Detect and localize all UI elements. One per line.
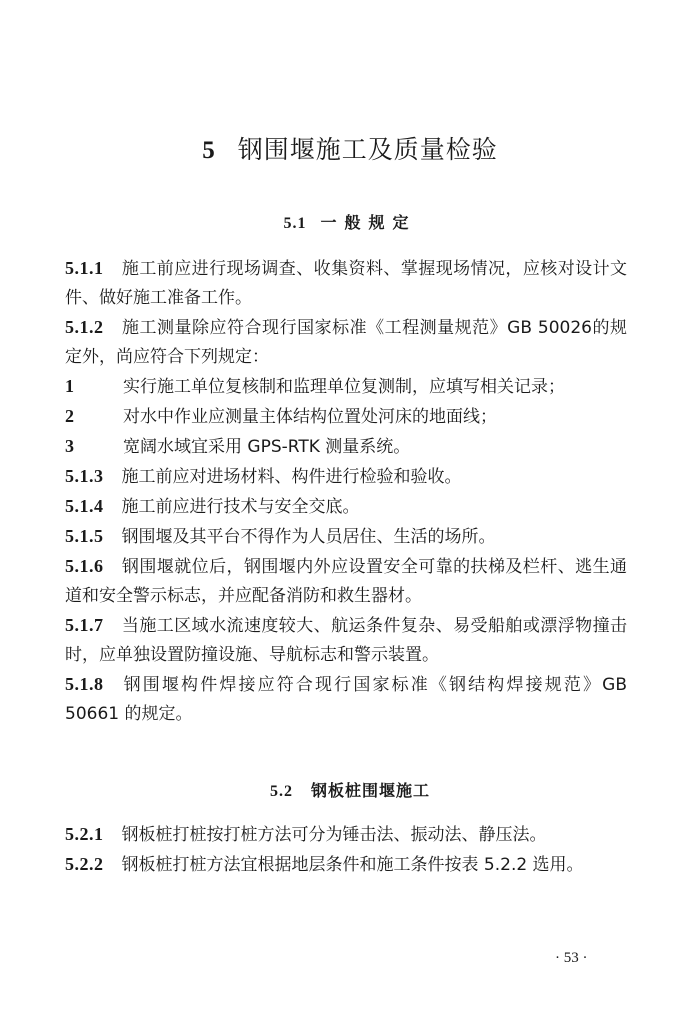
clause-number: 5.1.8 xyxy=(65,674,104,694)
clause-5-1-4: 5.1.4施工前应进行技术与安全交底。 xyxy=(65,492,627,522)
clause-number: 5.1.5 xyxy=(65,526,104,546)
clause-number: 5.1.7 xyxy=(65,615,104,635)
clause-text: 施工前应进行技术与安全交底。 xyxy=(122,497,360,517)
list-item-3: 3宽阔水域宜采用 GPS-RTK 测量系统。 xyxy=(65,432,627,462)
clause-5-1-5: 5.1.5钢围堰及其平台不得作为人员居住、生活的场所。 xyxy=(65,522,627,552)
clause-text: 施工前应进行现场调查、收集资料、掌握现场情况，应核对设计文件、做好施工准备工作。 xyxy=(65,259,627,308)
section-title-text: 一般规定 xyxy=(320,213,416,232)
item-text: 实行施工单位复核制和监理单位复测制，应填写相关记录； xyxy=(123,377,565,397)
section-5-1-body: 5.1.1施工前应进行现场调查、收集资料、掌握现场情况，应核对设计文件、做好施工… xyxy=(65,254,627,729)
clause-text: 钢围堰及其平台不得作为人员居住、生活的场所。 xyxy=(122,527,496,547)
section-title-5-2: 5.2钢板桩围堰施工 xyxy=(0,778,700,801)
section-title-text: 钢板桩围堰施工 xyxy=(311,781,430,800)
page-number: · 53 · xyxy=(555,950,588,967)
item-number: 2 xyxy=(65,402,107,431)
clause-number: 5.1.4 xyxy=(65,496,104,516)
clause-5-1-7: 5.1.7当施工区域水流速度较大、航运条件复杂、易受船舶或漂浮物撞击时，应单独设… xyxy=(65,611,627,670)
clause-text: 钢板桩打桩方法宜根据地层条件和施工条件按表 5.2.2 选用。 xyxy=(122,855,584,875)
clause-number: 5.1.6 xyxy=(65,556,104,576)
clause-number: 5.2.2 xyxy=(65,854,104,874)
clause-text: 钢围堰构件焊接应符合现行国家标准《钢结构焊接规范》GB 50661 的规定。 xyxy=(65,675,627,724)
chapter-title: 5钢围堰施工及质量检验 xyxy=(0,130,700,166)
clause-text: 当施工区域水流速度较大、航运条件复杂、易受船舶或漂浮物撞击时，应单独设置防撞设施… xyxy=(65,616,627,665)
clause-number: 5.1.3 xyxy=(65,466,104,486)
clause-number: 5.1.2 xyxy=(65,317,104,337)
clause-5-1-8: 5.1.8钢围堰构件焊接应符合现行国家标准《钢结构焊接规范》GB 50661 的… xyxy=(65,670,627,729)
section-number: 5.1 xyxy=(283,215,306,232)
clause-number: 5.2.1 xyxy=(65,824,104,844)
clause-text: 钢围堰就位后，钢围堰内外应设置安全可靠的扶梯及栏杆、逃生通道和安全警示标志，并应… xyxy=(65,557,627,606)
section-title-5-1: 5.1一般规定 xyxy=(0,210,700,233)
clause-number: 5.1.1 xyxy=(65,258,104,278)
list-item-1: 1实行施工单位复核制和监理单位复测制，应填写相关记录； xyxy=(65,372,627,402)
item-number: 1 xyxy=(65,372,107,401)
section-number: 5.2 xyxy=(270,783,293,800)
clause-5-2-2: 5.2.2钢板桩打桩方法宜根据地层条件和施工条件按表 5.2.2 选用。 xyxy=(65,850,627,880)
chapter-number: 5 xyxy=(202,137,216,164)
section-5-2-body: 5.2.1钢板桩打桩按打桩方法可分为锤击法、振动法、静压法。 5.2.2钢板桩打… xyxy=(65,820,627,880)
item-number: 3 xyxy=(65,432,107,461)
chapter-title-text: 钢围堰施工及质量检验 xyxy=(238,135,498,164)
clause-5-1-6: 5.1.6钢围堰就位后，钢围堰内外应设置安全可靠的扶梯及栏杆、逃生通道和安全警示… xyxy=(65,552,627,611)
clause-5-2-1: 5.2.1钢板桩打桩按打桩方法可分为锤击法、振动法、静压法。 xyxy=(65,820,627,850)
clause-text: 钢板桩打桩按打桩方法可分为锤击法、振动法、静压法。 xyxy=(122,825,547,845)
clause-5-1-1: 5.1.1施工前应进行现场调查、收集资料、掌握现场情况，应核对设计文件、做好施工… xyxy=(65,254,627,313)
item-text: 宽阔水域宜采用 GPS-RTK 测量系统。 xyxy=(123,437,410,457)
clause-5-1-2: 5.1.2施工测量除应符合现行国家标准《工程测量规范》GB 50026的规定外，… xyxy=(65,313,627,372)
item-text: 对水中作业应测量主体结构位置处河床的地面线； xyxy=(123,407,497,427)
clause-text: 施工前应对进场材料、构件进行检验和验收。 xyxy=(122,467,462,487)
clause-5-1-3: 5.1.3施工前应对进场材料、构件进行检验和验收。 xyxy=(65,462,627,492)
clause-text: 施工测量除应符合现行国家标准《工程测量规范》GB 50026的规定外，尚应符合下… xyxy=(65,318,627,367)
list-item-2: 2对水中作业应测量主体结构位置处河床的地面线； xyxy=(65,402,627,432)
